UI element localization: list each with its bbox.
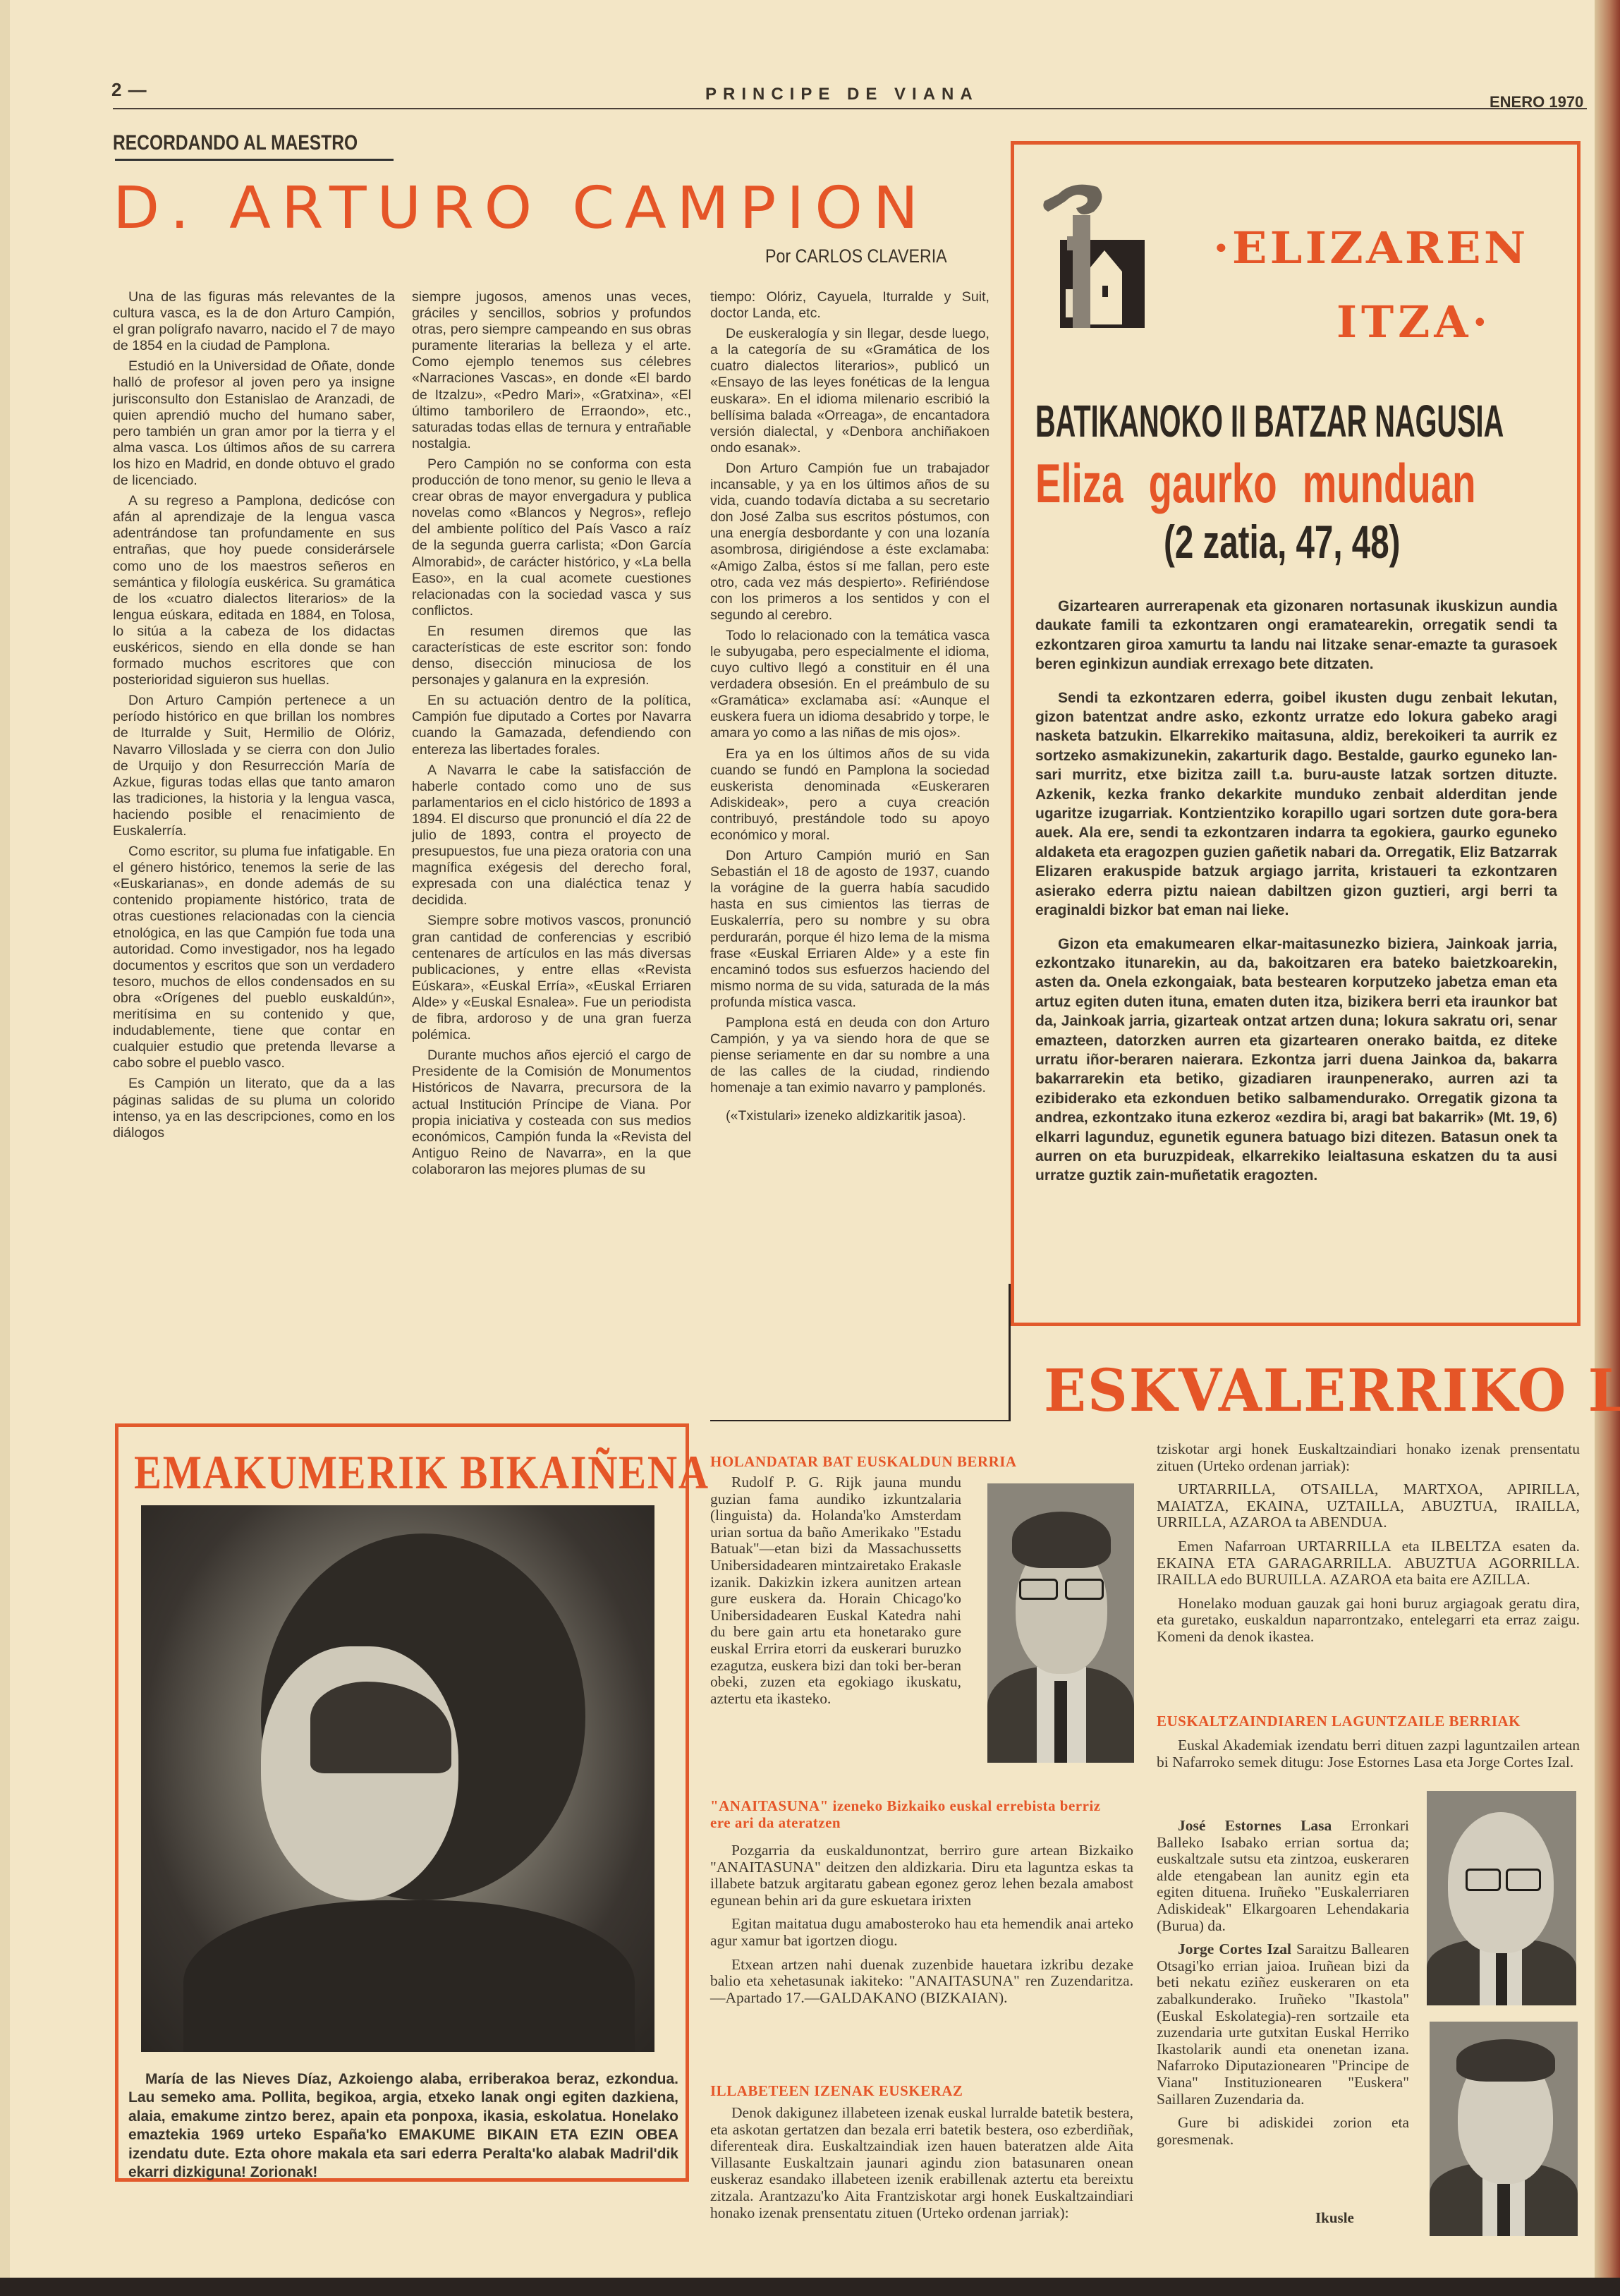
emakume-caption: María de las Nieves Díaz, Azkoiengo alab… [128,2070,678,2182]
paragraph: Es Campión un literato, que da a las pág… [113,1076,395,1141]
paragraph: tziskotar argi honek Euskaltzaindiari ho… [1157,1441,1580,1474]
eliza-body: Gizartearen aurrerapenak eta gizonaren n… [1035,597,1557,1200]
page-bottom-edge [0,2278,1620,2296]
article-byline: Por CARLOS CLAVERIA [765,245,947,267]
paragraph: A su regreso a Pamplona, dedicóse con af… [113,493,395,688]
anaitasuna-heading: "ANAITASUNA" izeneko Bizkaiko euskal err… [710,1797,1119,1831]
signature: Ikusle [1315,2209,1354,2227]
paragraph: Todo lo relacionado con la temática vasc… [710,628,989,742]
laguntzaile-intro: Euskal Akademiak izendatu berri dituen z… [1157,1737,1580,1778]
paragraph: Estudió en la Universidad de Oñate, dond… [113,358,395,489]
column-divider-horizontal [710,1420,1010,1421]
paragraph: Emen Nafarroan URTARRILLA eta ILBELTZA e… [1157,1538,1580,1589]
publication-title: PRINCIPE DE VIANA [705,85,979,104]
eliza-logo-title-2: ITZA· [1336,296,1492,348]
paragraph: Pamplona está en deuda con don Arturo Ca… [710,1015,989,1096]
paragraph: Pozgarria da euskaldunontzat, berriro gu… [710,1842,1133,1909]
paragraph: Siempre sobre motivos vascos, pronunció … [412,913,691,1043]
illabeteen-text: Denok dakigunez illabeteen izenak euskal… [710,2105,1133,2243]
eliza-logo-title-1: ·ELIZAREN [1213,222,1529,274]
article-title: D. ARTURO CAMPION [113,175,929,242]
paragraph: Durante muchos años ejerció el cargo de … [412,1047,691,1178]
paragraph: Jorge Cortes Izal Saraitzu Ballearen Ots… [1157,1941,1409,2108]
paragraph: En su actuación dentro de la política, C… [412,693,691,758]
paragraph: Pero Campión no se conforma con esta pro… [412,456,691,619]
article-column-1: Una de las figuras más relevantes de la … [113,289,395,1146]
church-initial-icon [1037,180,1161,332]
paragraph: Rudolf P. G. Rijk jauna mundu guzian fam… [710,1474,961,1707]
paragraph: En resumen diremos que las característic… [412,624,691,688]
portrait-photo-estornes [1427,1791,1576,2005]
portrait-photo-woman [141,1505,654,2052]
paragraph: URTARRILLA, OTSAILLA, MARTXOA, APIRILLA,… [1157,1481,1580,1531]
paragraph: Denok dakigunez illabeteen izenak euskal… [710,2105,1133,2221]
header-rule [113,108,1587,109]
eliza-subhead: (2 zatia, 47, 48) [1164,515,1400,569]
illabeteen-text-continued: tziskotar argi honek Euskaltzaindiari ho… [1157,1441,1580,1653]
page-number: 2 — [111,79,147,101]
paragraph: Una de las figuras más relevantes de la … [113,289,395,354]
portrait-photo-rijk [987,1483,1134,1763]
page-edge-left [0,0,10,2296]
holandatar-heading: HOLANDATAR BAT EUSKALDUN BERRIA [710,1453,1017,1470]
eliza-headline: Eliza gaurko munduan [1035,451,1475,516]
paragraph: Era ya en los últimos años de su vida cu… [710,746,989,844]
laguntzaile-heading: EUSKALTZAINDIAREN LAGUNTZAILE BERRIAK [1157,1713,1521,1730]
paragraph: Etxean artzen nahi duenak zuzenbide haue… [710,1957,1133,2007]
article-column-3: tiempo: Olóriz, Cayuela, Iturralde y Sui… [710,289,989,1129]
paragraph: Don Arturo Campión murió en San Sebastiá… [710,848,989,1011]
paragraph: Egitan maitatua dugu amabosteroko hau et… [710,1916,1133,1949]
paragraph: A Navarra le cabe la satisfacción de hab… [412,763,691,909]
section-title-eskualerriko-leioa: ESKVALERRIKO LEIOA [1044,1357,1620,1425]
kicker-underline [115,159,394,161]
eliza-kicker: BATIKANOKO II BATZAR NAGUSIA [1035,395,1504,447]
paragraph: Don Arturo Campión pertenece a un períod… [113,693,395,839]
paragraph: tiempo: Olóriz, Cayuela, Iturralde y Sui… [710,289,989,322]
paragraph: siempre jugosos, amenos unas veces, grác… [412,289,691,452]
portrait-photo-cortes [1430,2022,1578,2236]
paragraph: Como escritor, su pluma fue infatigable.… [113,844,395,1071]
article-kicker: RECORDANDO AL MAESTRO [113,131,358,155]
paragraph: Gizartearen aurrerapenak eta gizonaren n… [1035,597,1557,674]
paragraph: Sendi ta ezkontzaren ederra, goibel ikus… [1035,688,1557,921]
paragraph: Honelako moduan gauzak gai honi buruz ar… [1157,1596,1580,1646]
person-name: Jorge Cortes Izal [1178,1940,1291,1957]
paragraph: José Estornes Lasa Erronkari Balleko Isa… [1157,1818,1409,1934]
paragraph: Don Arturo Campión fue un trabajador inc… [710,461,989,624]
emakume-title: EMAKUMERIK BIKAIÑENA [134,1445,709,1500]
article-column-2: siempre jugosos, amenos unas veces, grác… [412,289,691,1182]
person-name: José Estornes Lasa [1178,1817,1332,1834]
paragraph: Gizon eta emakumearen elkar-maitasunezko… [1035,935,1557,1186]
anaitasuna-text: Pozgarria da euskaldunontzat, berriro gu… [710,1842,1133,2013]
source-note: («Txistulari» izeneko aldizkaritik jasoa… [710,1108,989,1124]
paragraph: De euskeralogía y sin llegar, desde lueg… [710,326,989,456]
paragraph: Euskal Akademiak izendatu berri dituen z… [1157,1737,1580,1770]
page-edge-right [1595,0,1620,2296]
illabeteen-heading: ILLABETEEN IZENAK EUSKERAZ [710,2082,963,2099]
laguntzaile-bios: José Estornes Lasa Erronkari Balleko Isa… [1157,1818,1409,2155]
paragraph: Gure bi adiskidei zorion eta goresmenak. [1157,2115,1409,2148]
